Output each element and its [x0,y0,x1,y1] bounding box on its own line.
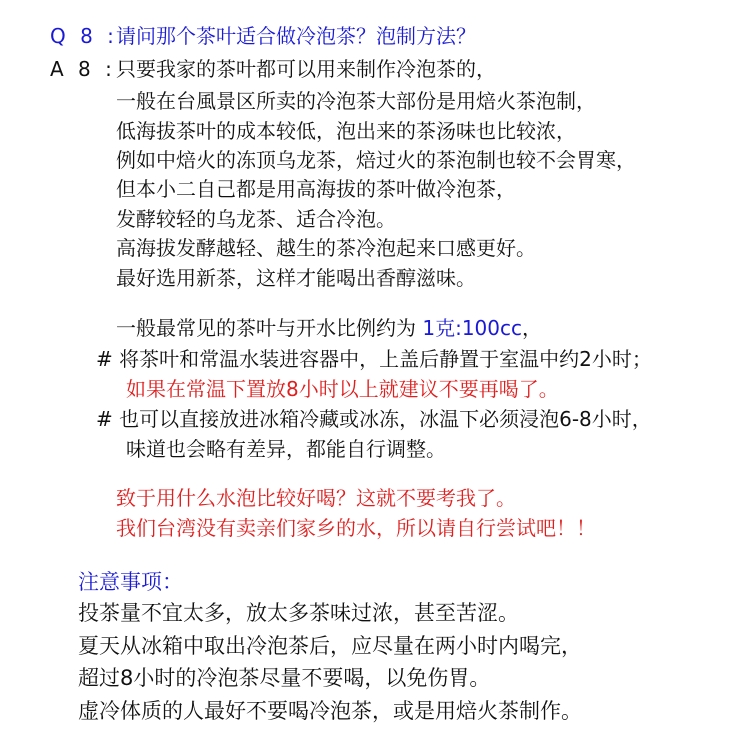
notes-item-2: 超过8小时的冷泡茶尽量不要喝，以免伤胃。 [78,664,490,692]
notes-item-1: 夏天从冰箱中取出冷泡茶后，应尽量在两小时内喝完， [78,632,582,660]
notes-item-0: 投茶量不宜太多，放太多茶味过浓，甚至苦涩。 [78,599,519,627]
question-label: Q 8 : [50,22,116,50]
answer-line-0: A 8 :只要我家的茶叶都可以用来制作冷泡茶的， [50,55,496,83]
answer-line-2: 低海拔茶叶的成本较低，泡出来的茶汤味也比较浓， [116,117,576,145]
question-line: Q 8 :请问那个茶叶适合做冷泡茶？泡制方法？ [50,22,476,50]
answer-line-5: 发酵较轻的乌龙茶、适合冷泡。 [116,205,396,233]
ratio-line: 一般最常见的茶叶与开水比例约为 1克:100cc， [116,314,542,342]
water-note-0: 致于用什么水泡比较好喝？这就不要考我了。 [116,484,516,512]
notes-item-3: 虚冷体质的人最好不要喝冷泡茶，或是用焙火茶制作。 [78,697,582,725]
question-text: 请问那个茶叶适合做冷泡茶？泡制方法？ [116,24,476,48]
answer-line-4: 但本小二自己都是用高海拔的茶叶做冷泡茶， [116,175,516,203]
method-room-temp: # 将茶叶和常温水装进容器中，上盖后静置于室温中约2小时； [96,345,652,373]
answer-line-3: 例如中焙火的冻顶乌龙茶，焙过火的茶泡制也较不会胃寒， [116,146,636,174]
method-room-temp-warning: 如果在常温下置放8小时以上就建议不要再喝了。 [126,375,559,403]
answer-line-6: 高海拔发酵越轻、越生的茶冷泡起来口感更好。 [116,234,536,262]
ratio-prefix: 一般最常见的茶叶与开水比例约为 [116,316,422,340]
water-note-1: 我们台湾没有卖亲们家乡的水，所以请自行尝试吧！！ [116,514,596,542]
answer-line-1: 一般在台風景区所卖的冷泡茶大部份是用焙火茶泡制， [116,87,596,115]
ratio-suffix: ， [522,316,542,340]
notes-title: 注意事项： [78,568,183,596]
answer-line-7: 最好选用新茶，这样才能喝出香醇滋味。 [116,264,476,292]
answer-label: A 8 : [50,55,116,83]
method-fridge: # 也可以直接放进冰箱冷藏或冰冻，冰温下必须浸泡6-8小时， [96,405,652,433]
ratio-value: 1克:100cc [422,316,522,340]
method-fridge-note: 味道也会略有差异，都能自行调整。 [126,435,446,463]
answer-text: 只要我家的茶叶都可以用来制作冷泡茶的， [116,57,496,81]
